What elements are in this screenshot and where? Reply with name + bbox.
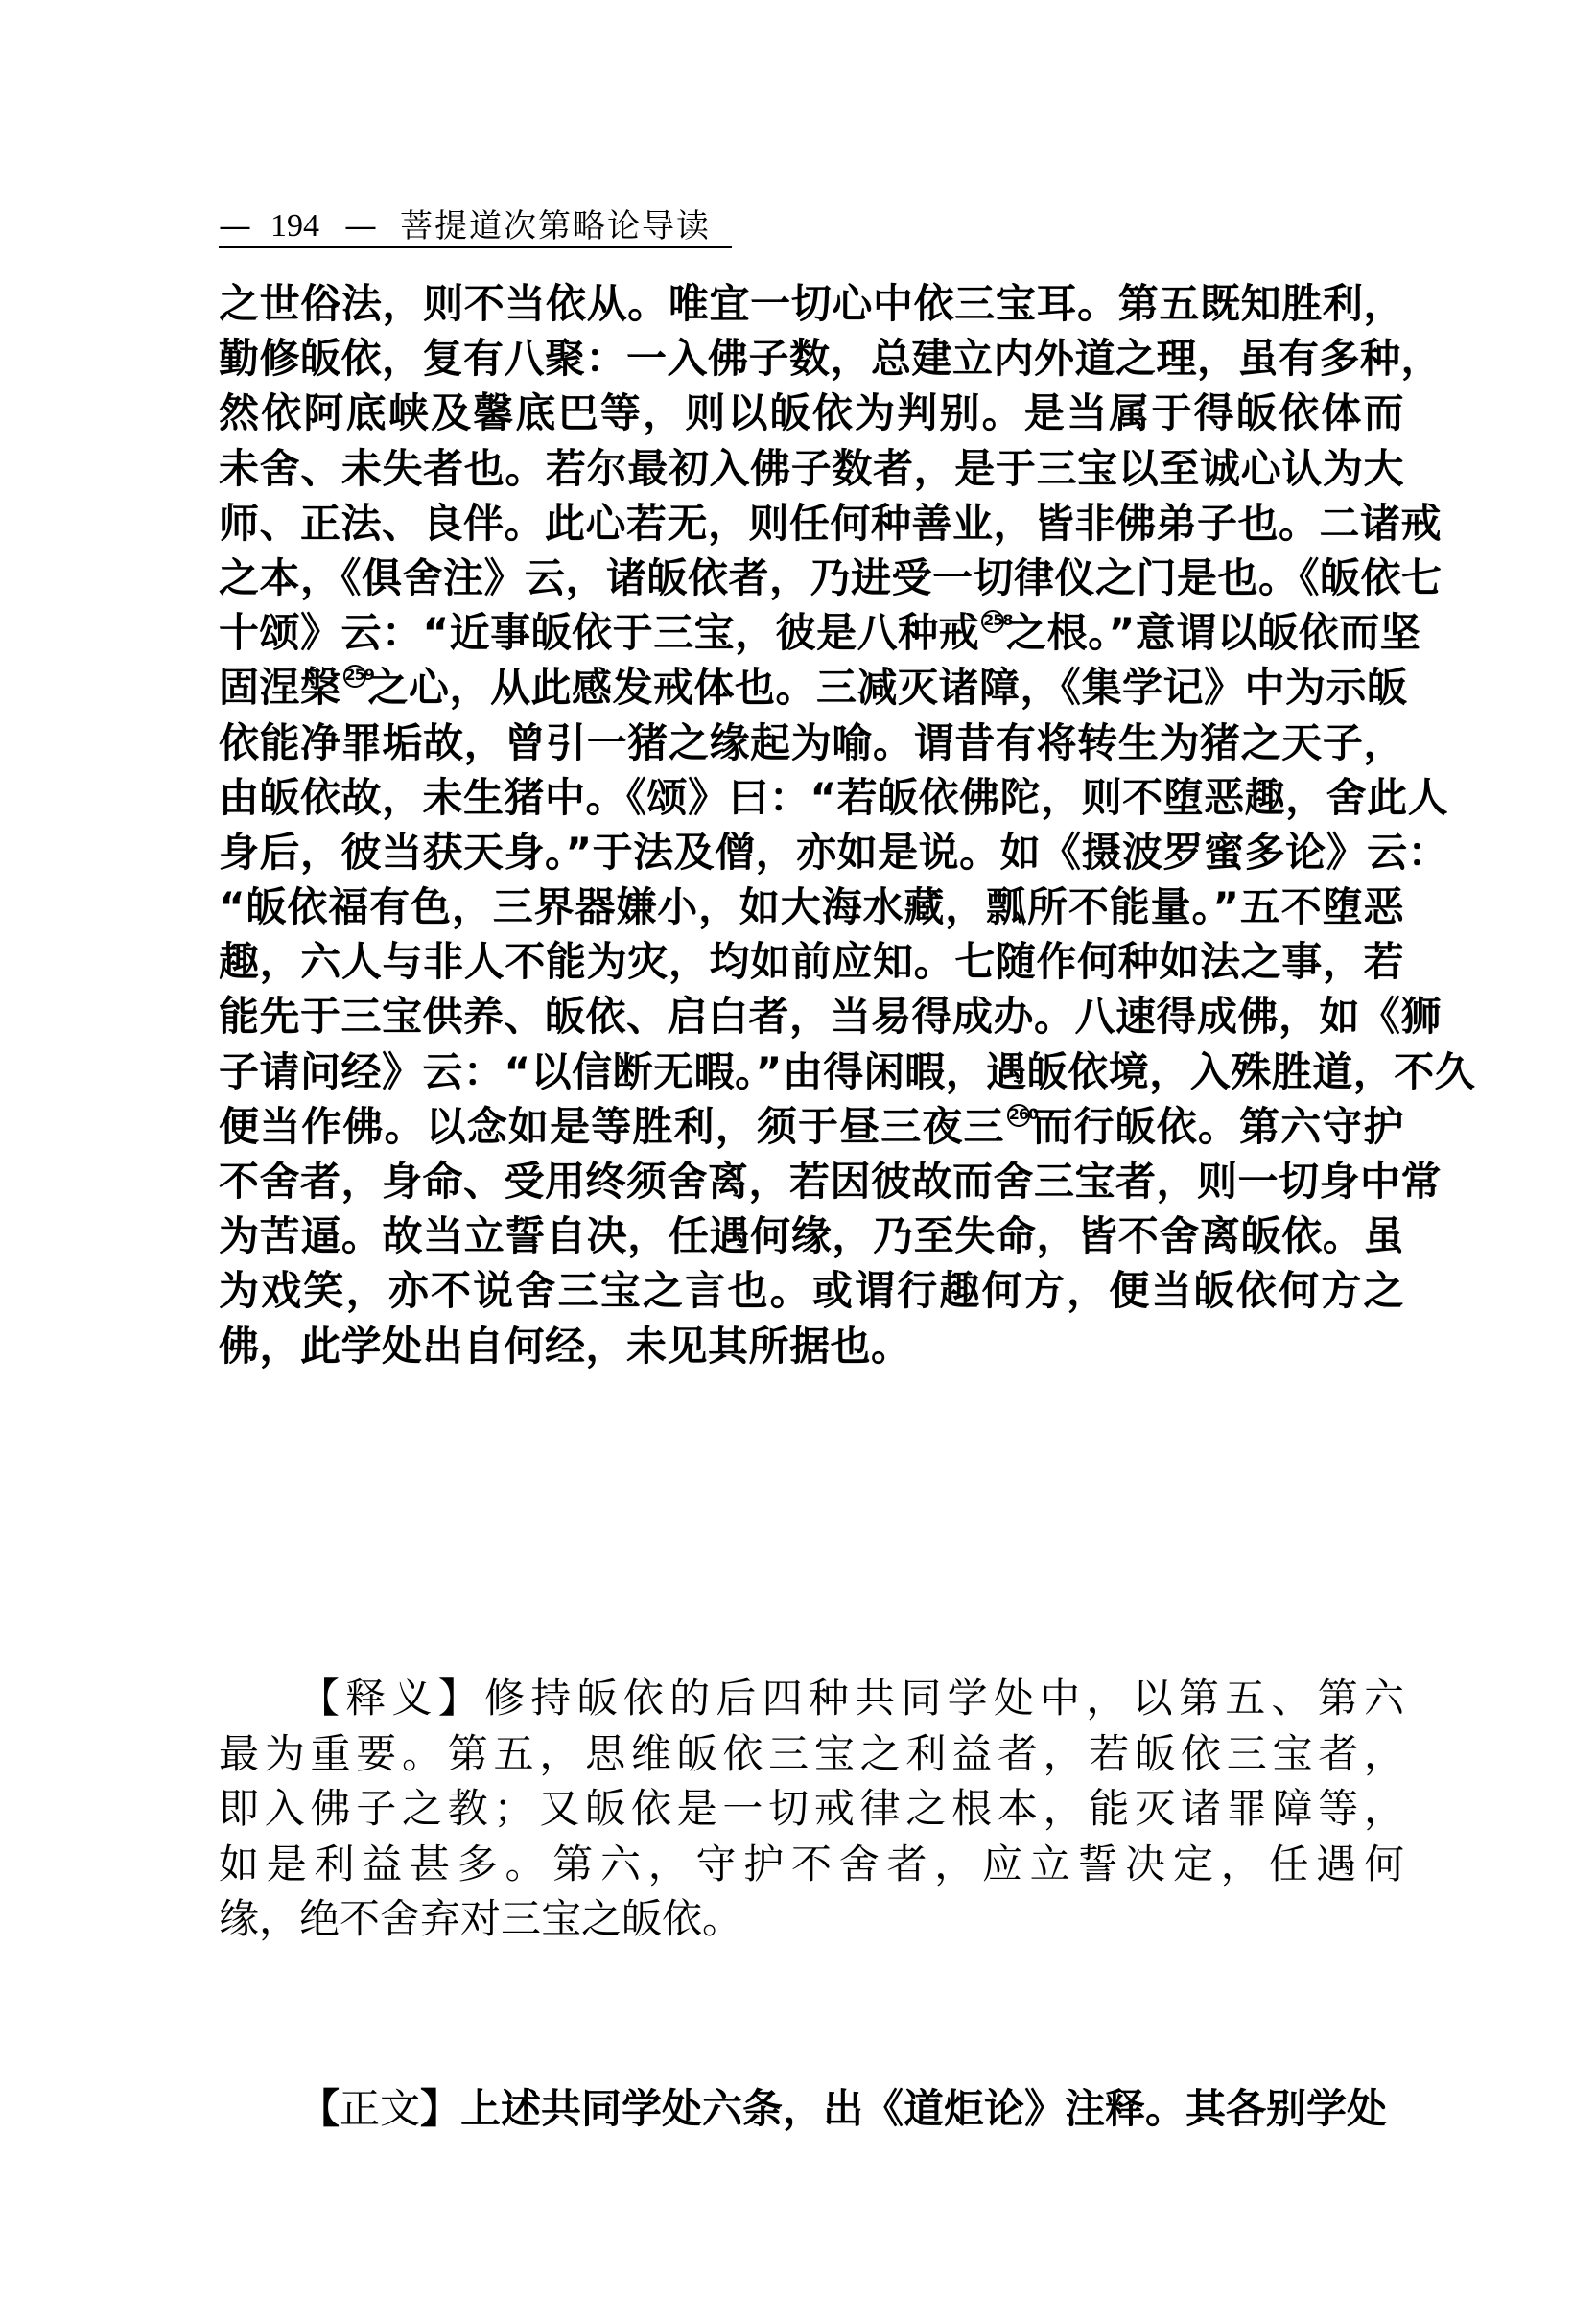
footnote-marker-258[interactable]: 258 [981, 610, 1004, 633]
text-line: 师、正法、良伴。此心若无，则任何种善业，皆非佛弟子也。二诸戒 [219, 496, 1404, 551]
text-line: 由皈依故，未生猪中。《颂》曰：“若皈依佛陀，则不堕恶趣，舍此人 [219, 770, 1404, 825]
commentary-block: 【释义】修持皈依的后四种共同学处中，以第五、第六 最为重要。第五，思维皈依三宝之… [219, 1671, 1404, 1947]
footnote-marker-260[interactable]: 260 [1007, 1104, 1030, 1127]
commentary-label: 【释义】 [299, 1675, 484, 1722]
text-line: “皈依福有色，三界器嫌小，如大海水藏，瓢所不能量。”五不堕恶 [219, 879, 1404, 934]
text-line: 身后，彼当获天身。”于法及僧，亦如是说。如《摄波罗蜜多论》云： [219, 825, 1404, 879]
commentary-line: 如是利益甚多。第六，守护不舍者，应立誓决定，任遇何 [219, 1837, 1404, 1892]
text-segment: 之根。”意谓以皈依而坚 [1006, 609, 1420, 656]
text-segment: 而行皈依。第六守护 [1032, 1103, 1404, 1150]
source-text-line: 【正文】上述共同学处六条，出《道炬论》注释。其各别学处 [219, 2081, 1404, 2136]
text-line: 子请问经》云：“以信断无暇。”由得闲暇，遇皈依境，入殊胜道，不久 [219, 1044, 1404, 1099]
text-segment: 上述共同学处六条，出《道炬论》注释。其各别学处 [460, 2085, 1387, 2132]
text-line: 为戏笑，亦不说舍三宝之言也。或谓行趣何方，便当皈依何方之 [219, 1263, 1404, 1318]
text-line: 能先于三宝供养、皈依、启白者，当易得成办。八速得成佛，如《狮 [219, 989, 1404, 1043]
text-segment: 十颂》云：“近事皈依于三宝，彼是八种戒 [219, 609, 979, 656]
text-segment: 修持皈依的后四种共同学处中，以第五、第六 [484, 1675, 1404, 1722]
text-segment: 固涅槃 [219, 664, 341, 711]
page-header: — 194 — 菩提道次第略论导读 [219, 203, 732, 248]
header-dash-left: — [219, 207, 253, 246]
commentary-line: 即入佛子之教；又皈依是一切戒律之根本，能灭诸罪障等， [219, 1781, 1404, 1837]
text-line: 不舍者，身命、受用终须舍离，若因彼故而舍三宝者，则一切身中常 [219, 1154, 1404, 1208]
header-dash-right: — [344, 207, 379, 246]
text-line: 然依阿底峡及馨底巴等，则以皈依为判别。是当属于得皈依体而 [219, 386, 1404, 440]
text-line: 十颂》云：“近事皈依于三宝，彼是八种戒258之根。”意谓以皈依而坚 [219, 605, 1404, 660]
running-title: 菩提道次第略论导读 [400, 207, 711, 246]
text-segment: 之心，从此感发戒体也。三减灭诸障，《集学记》中为示皈 [368, 664, 1408, 711]
text-line: 之本，《俱舍注》云，诸皈依者，乃进受一切律仪之门是也。《皈依七 [219, 551, 1404, 605]
text-line: 依能净罪垢故，曾引一猪之缘起为喻。谓昔有将转生为猪之天子， [219, 715, 1404, 770]
text-line: 为苦逼。故当立誓自决，任遇何缘，乃至失命，皆不舍离皈依。虽 [219, 1208, 1404, 1263]
text-line: 佛，此学处出自何经，未见其所据也。 [219, 1319, 1404, 1373]
text-segment: 便当作佛。以念如是等胜利，须于昼三夜三 [219, 1103, 1005, 1150]
text-line: 之世俗法，则不当依从。唯宜一切心中依三宝耳。第五既知胜利， [219, 276, 1404, 331]
source-text-block: 【正文】上述共同学处六条，出《道炬论》注释。其各别学处 [219, 2081, 1404, 2136]
text-line: 趣，六人与非人不能为灾，均如前应知。七随作何种如法之事，若 [219, 934, 1404, 989]
source-text-label: 【正文】 [299, 2085, 460, 2132]
main-text-block: 之世俗法，则不当依从。唯宜一切心中依三宝耳。第五既知胜利， 勤修皈依，复有八聚：… [219, 276, 1404, 1373]
footnote-marker-259[interactable]: 259 [343, 665, 366, 688]
text-line: 未舍、未失者也。若尔最初入佛子数者，是于三宝以至诚心认为大 [219, 441, 1404, 496]
commentary-line: 【释义】修持皈依的后四种共同学处中，以第五、第六 [219, 1671, 1404, 1726]
page-number: 194 [270, 207, 319, 246]
text-line: 便当作佛。以念如是等胜利，须于昼三夜三260而行皈依。第六守护 [219, 1099, 1404, 1154]
commentary-line: 最为重要。第五，思维皈依三宝之利益者，若皈依三宝者， [219, 1726, 1404, 1782]
text-line: 固涅槃259之心，从此感发戒体也。三减灭诸障，《集学记》中为示皈 [219, 660, 1404, 715]
commentary-line: 缘，绝不舍弃对三宝之皈依。 [219, 1891, 1404, 1947]
text-line: 勤修皈依，复有八聚：一入佛子数，总建立内外道之理，虽有多种， [219, 331, 1404, 386]
